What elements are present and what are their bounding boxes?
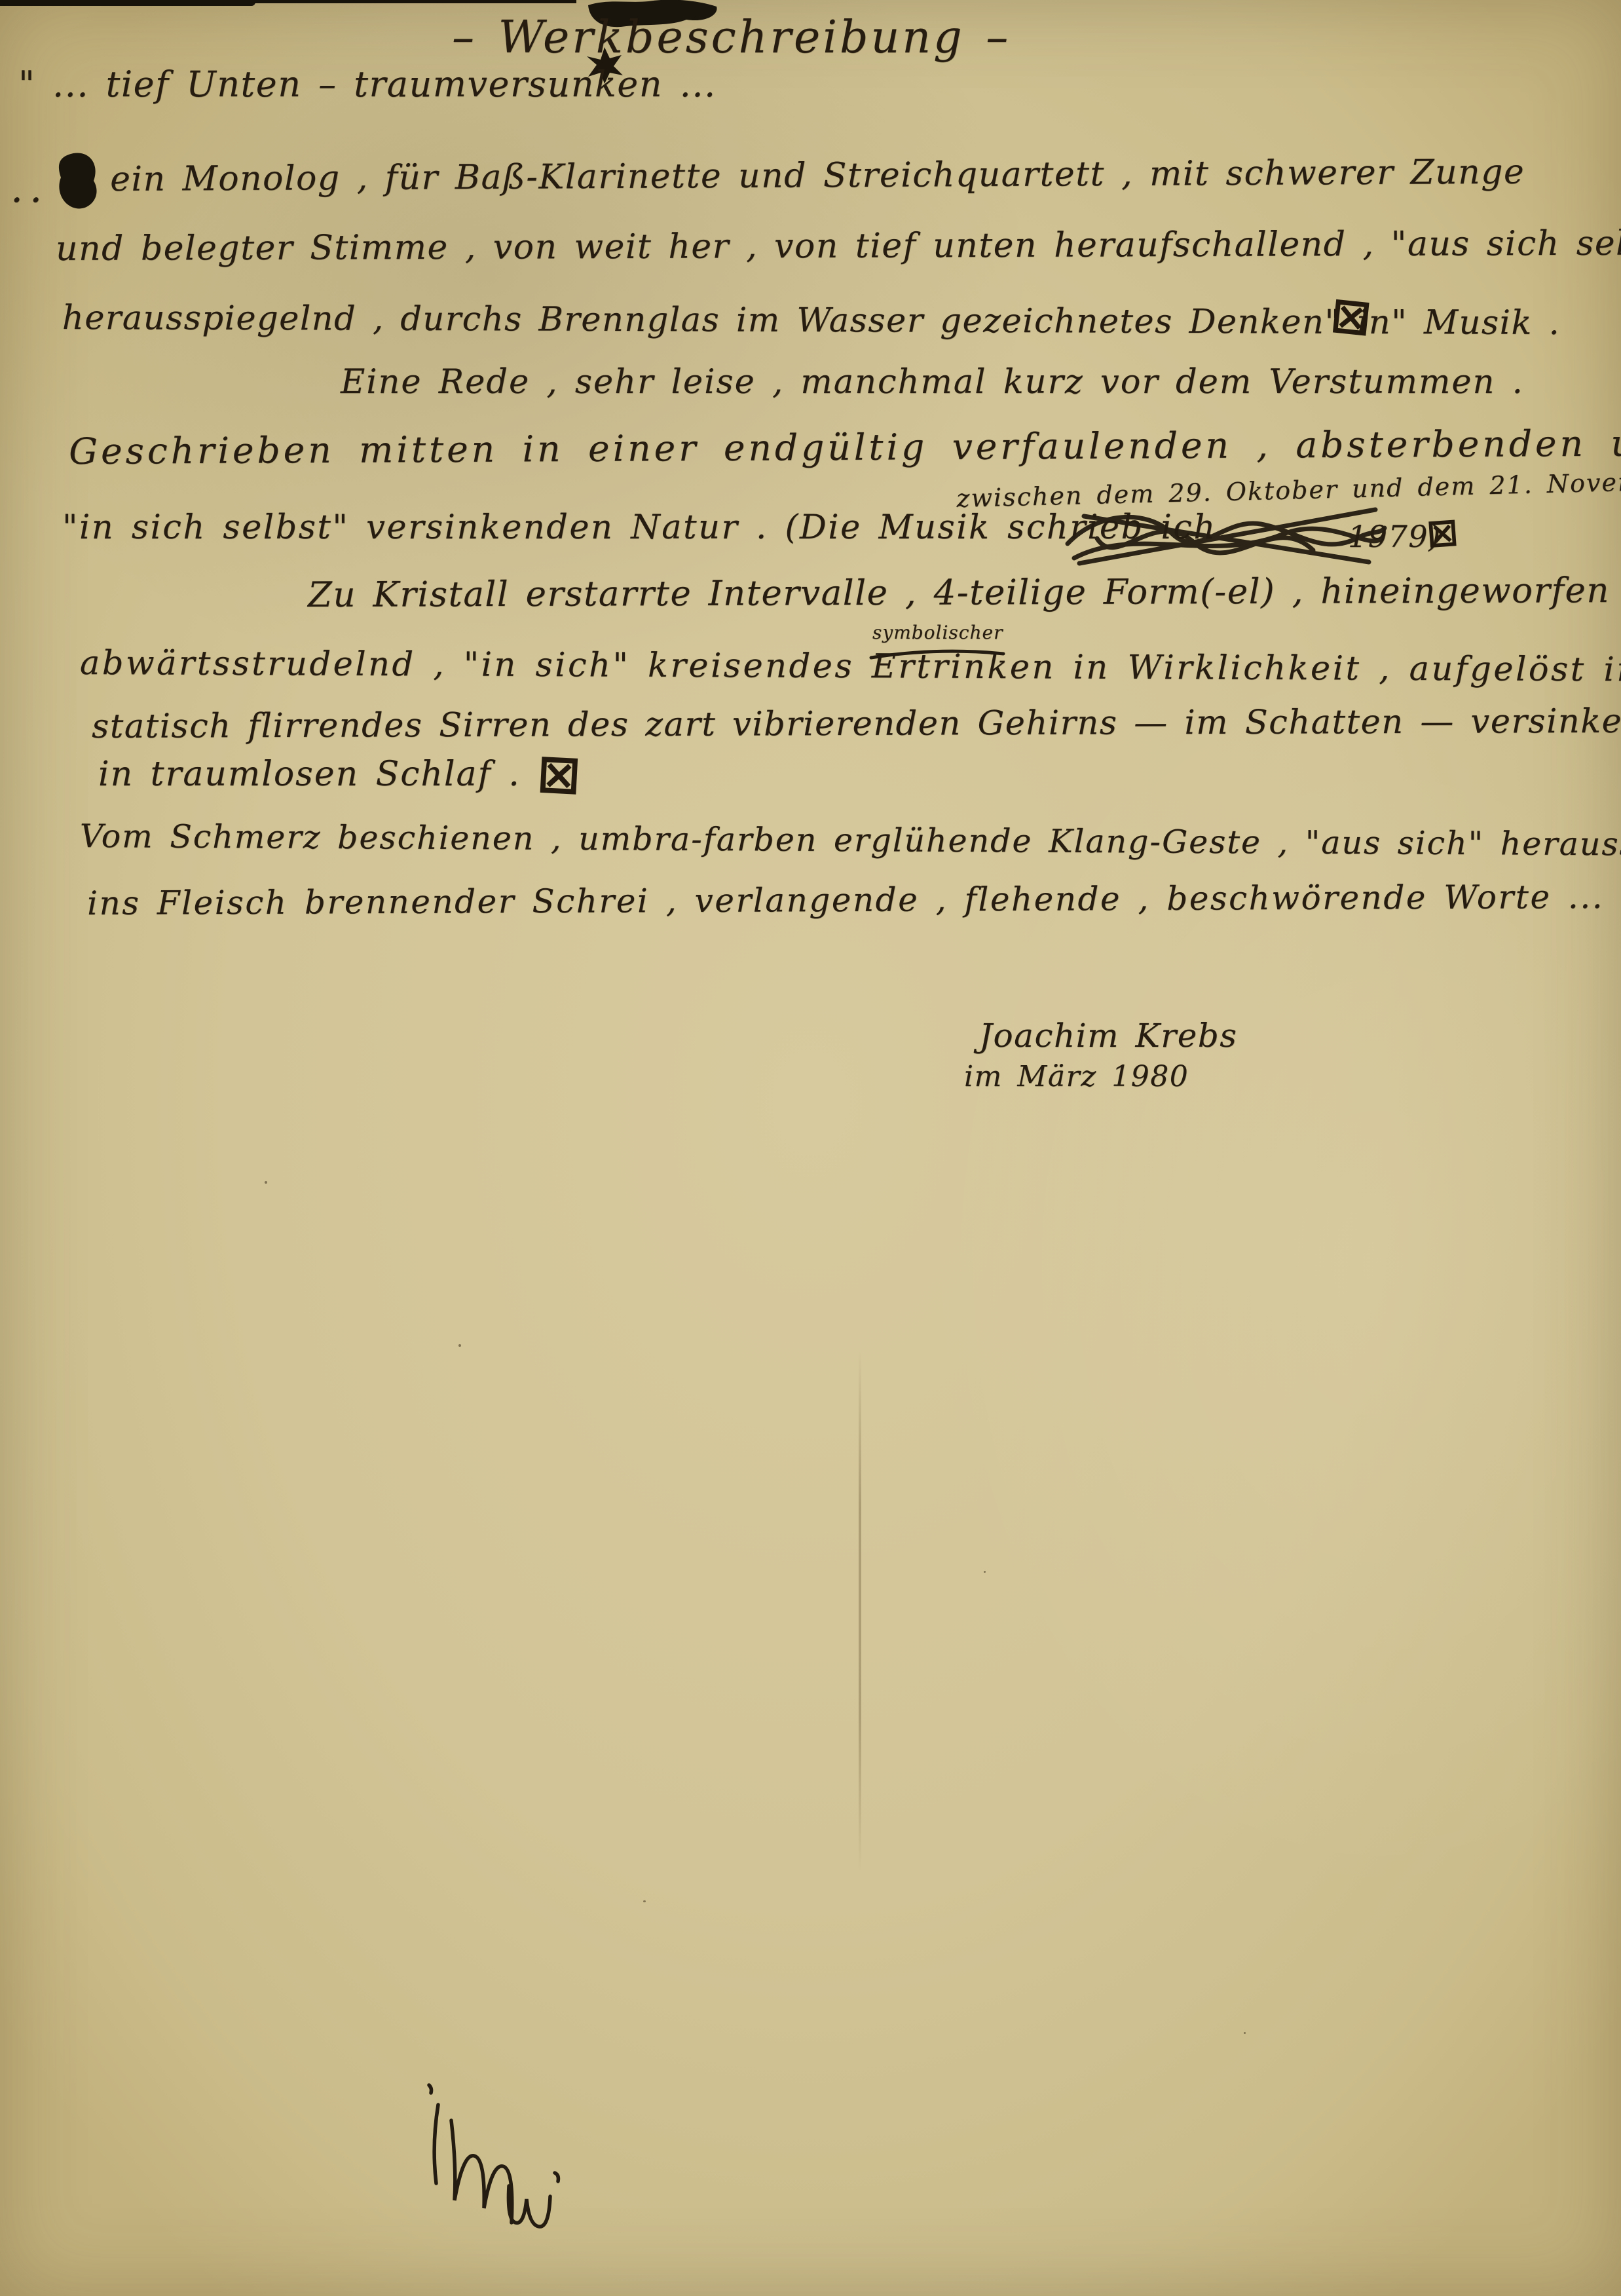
handwritten-line-1: ein Monolog , für Baß-Klarinette und Str…	[110, 155, 1525, 197]
handwritten-line-12: ins Fleisch brennender Schrei , verlange…	[87, 880, 1621, 920]
manuscript-page: – Werkbeschreibung – " ... tief Unten – …	[0, 0, 1621, 2296]
handwritten-line-2: und belegter Stimme , von weit her , von…	[56, 226, 1621, 266]
handwritten-line-5: Geschrieben mitten in einer endgültig ve…	[69, 425, 1621, 470]
pen-doodle	[409, 2073, 580, 2270]
scan-edge-shadow	[0, 0, 255, 6]
insertion-symbolischer: symbolischer	[872, 624, 1003, 642]
handwritten-line-9: statisch flirrendes Sirren des zart vibr…	[92, 704, 1621, 743]
signature-date: im März 1980	[964, 1063, 1189, 1091]
handwritten-line-6: "in sich selbst" versinkenden Natur . (D…	[62, 511, 1217, 544]
handwritten-line-11: Vom Schmerz beschienen , umbra-farben er…	[80, 820, 1621, 861]
paper-speck	[984, 1571, 986, 1573]
work-subtitle: " ... tief Unten – traumversunken ...	[18, 67, 717, 102]
handwritten-line-4: Eine Rede , sehr leise , manchmal kurz v…	[341, 366, 1524, 399]
crossed-x-mark: ⊠	[536, 747, 582, 801]
ink-blot-line-start	[52, 151, 107, 212]
paper-crease	[859, 1349, 861, 1873]
insertion-underline	[868, 646, 1006, 663]
paper-speck	[458, 1344, 461, 1347]
signature-name: Joachim Krebs	[979, 1019, 1237, 1052]
crossed-x-mark: ⊠	[1328, 290, 1373, 343]
paper-speck	[1244, 2032, 1246, 2034]
handwritten-line-10: in traumlosen Schlaf .	[98, 757, 521, 791]
crossed-x-mark: ⊠	[1425, 512, 1460, 552]
handwritten-line-8: abwärtsstrudelnd , "in sich" kreisendes …	[80, 647, 1621, 687]
paper-speck	[265, 1181, 267, 1184]
paper-speck	[643, 1900, 646, 1902]
crossed-out-scribble	[1061, 498, 1388, 576]
page-title: – Werkbeschreibung –	[452, 16, 1011, 60]
handwritten-line-7: Zu Kristall erstarrte Intervalle , 4-tei…	[308, 573, 1621, 612]
leading-dots: ..	[10, 169, 48, 208]
